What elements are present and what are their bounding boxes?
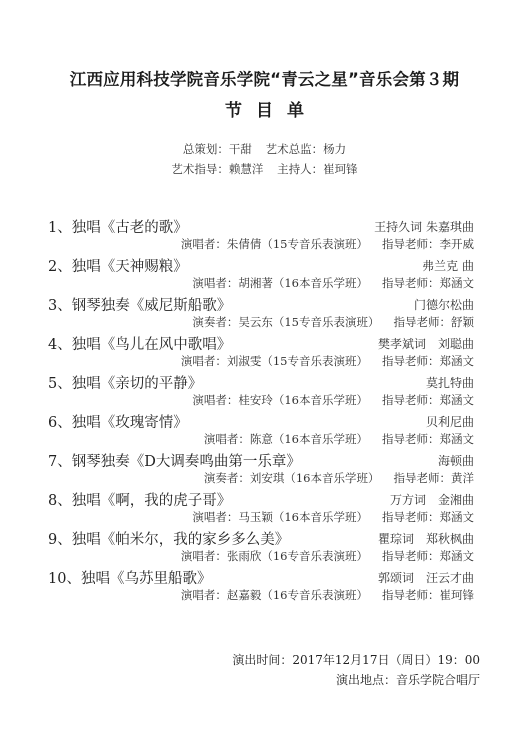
program-item: 5、独唱《亲切的平静》莫扎特曲 演唱者：桂安玲（16本音乐学班）指导老师：郑涵文 [48, 372, 474, 411]
composer: 王持久词 朱嘉琪曲 [374, 218, 474, 235]
program-item: 7、钢琴独奏《D大调奏鸣曲第一乐章》海顿曲 演奏者：刘安琪（16本音乐学班）指导… [48, 450, 474, 489]
teacher: 指导老师：郑涵文 [382, 509, 474, 525]
program-item: 9、独唱《帕米尔，我的家乡多么美》瞿琮词 郑秋枫曲 演唱者：张雨欣（16专音乐表… [48, 528, 474, 567]
performer: 演唱者：刘淑雯（15专音乐表演班） [181, 354, 368, 368]
composer: 海顿曲 [438, 452, 474, 469]
performer: 演唱者：陈意（16本音乐学班） [204, 432, 368, 446]
concert-title: 江西应用科技学院音乐学院“青云之星”音乐会第３期 [0, 66, 529, 90]
composer: 万方词 金湘曲 [390, 491, 474, 508]
teacher: 指导老师：崔珂锋 [382, 587, 474, 603]
program-heading: 节目单 [0, 96, 529, 121]
performer: 演奏者：刘安琪（16本音乐学班） [204, 471, 380, 485]
program-item: 2、独唱《天神赐粮》弗兰克 曲 演唱者：胡湘著（16本音乐学班）指导老师：郑涵文 [48, 255, 474, 294]
teacher: 指导老师：黄洋 [394, 470, 475, 486]
program-item: 10、独唱《乌苏里船歌》郭颂词 汪云才曲 演唱者：赵嘉毅（16专音乐表演班）指导… [48, 567, 474, 606]
program-item: 8、独唱《啊，我的虎子哥》万方词 金湘曲 演唱者：马玉颖（16本音乐学班）指导老… [48, 489, 474, 528]
piece-title: 9、独唱《帕米尔，我的家乡多么美》 [48, 528, 289, 549]
performer: 演唱者：胡湘著（16本音乐学班） [192, 276, 368, 290]
program-list: 1、独唱《古老的歌》王持久词 朱嘉琪曲 演唱者：朱倩倩（15专音乐表演班）指导老… [48, 216, 474, 606]
credits-line-2: 艺术指导：赖慧洋 主持人：崔珂锋 [0, 161, 529, 177]
program-item: 3、钢琴独奏《威尼斯船歌》门德尔松曲 演奏者：吴云东（15专音乐表演班）指导老师… [48, 294, 474, 333]
piece-title: 4、独唱《鸟儿在风中歌唱》 [48, 333, 231, 354]
program-item: 6、独唱《玫瑰寄情》贝利尼曲 演唱者：陈意（16本音乐学班）指导老师：郑涵文 [48, 411, 474, 450]
teacher: 指导老师：郑涵文 [382, 431, 474, 447]
composer: 弗兰克 曲 [422, 257, 474, 274]
composer: 郭颂词 汪云才曲 [378, 569, 474, 586]
program-item: 4、独唱《鸟儿在风中歌唱》樊孝斌词 刘聪曲 演唱者：刘淑雯（15专音乐表演班）指… [48, 333, 474, 372]
composer: 门德尔松曲 [414, 296, 474, 313]
art-director: 艺术总监：杨力 [266, 142, 347, 156]
performer: 演唱者：桂安玲（16本音乐学班） [192, 393, 368, 407]
composer: 瞿琮词 郑秋枫曲 [378, 530, 474, 547]
composer: 莫扎特曲 [426, 374, 474, 391]
performer: 演唱者：马玉颖（16本音乐学班） [192, 510, 368, 524]
performance-venue: 演出地点：音乐学院合唱厅 [336, 671, 480, 688]
performer: 演唱者：张雨欣（16专音乐表演班） [181, 549, 368, 563]
program-item: 1、独唱《古老的歌》王持久词 朱嘉琪曲 演唱者：朱倩倩（15专音乐表演班）指导老… [48, 216, 474, 255]
performance-time: 演出时间：2017年12月17日（周日）19：00 [232, 651, 480, 668]
teacher: 指导老师：李开威 [382, 236, 474, 252]
teacher: 指导老师：郑涵文 [382, 353, 474, 369]
host: 主持人：崔珂锋 [277, 162, 358, 176]
piece-title: 5、独唱《亲切的平静》 [48, 372, 202, 393]
piece-title: 7、钢琴独奏《D大调奏鸣曲第一乐章》 [48, 450, 301, 471]
teacher: 指导老师：舒颖 [394, 314, 475, 330]
piece-title: 10、独唱《乌苏里船歌》 [48, 567, 211, 588]
performer: 演奏者：吴云东（15专音乐表演班） [192, 315, 379, 329]
teacher: 指导老师：郑涵文 [382, 275, 474, 291]
piece-title: 6、独唱《玫瑰寄情》 [48, 411, 188, 432]
performer: 演唱者：赵嘉毅（16专音乐表演班） [181, 588, 368, 602]
piece-title: 8、独唱《啊，我的虎子哥》 [48, 489, 231, 510]
credits-line-1: 总策划：干甜 艺术总监：杨力 [0, 141, 529, 157]
art-advisor: 艺术指导：赖慧洋 [171, 162, 263, 176]
performer: 演唱者：朱倩倩（15专音乐表演班） [181, 237, 368, 251]
chief-planner: 总策划：干甜 [183, 142, 252, 156]
piece-title: 1、独唱《古老的歌》 [48, 216, 188, 237]
teacher: 指导老师：郑涵文 [382, 392, 474, 408]
piece-title: 2、独唱《天神赐粮》 [48, 255, 188, 276]
piece-title: 3、钢琴独奏《威尼斯船歌》 [48, 294, 231, 315]
teacher: 指导老师：郑涵文 [382, 548, 474, 564]
composer: 樊孝斌词 刘聪曲 [378, 335, 474, 352]
composer: 贝利尼曲 [426, 413, 474, 430]
